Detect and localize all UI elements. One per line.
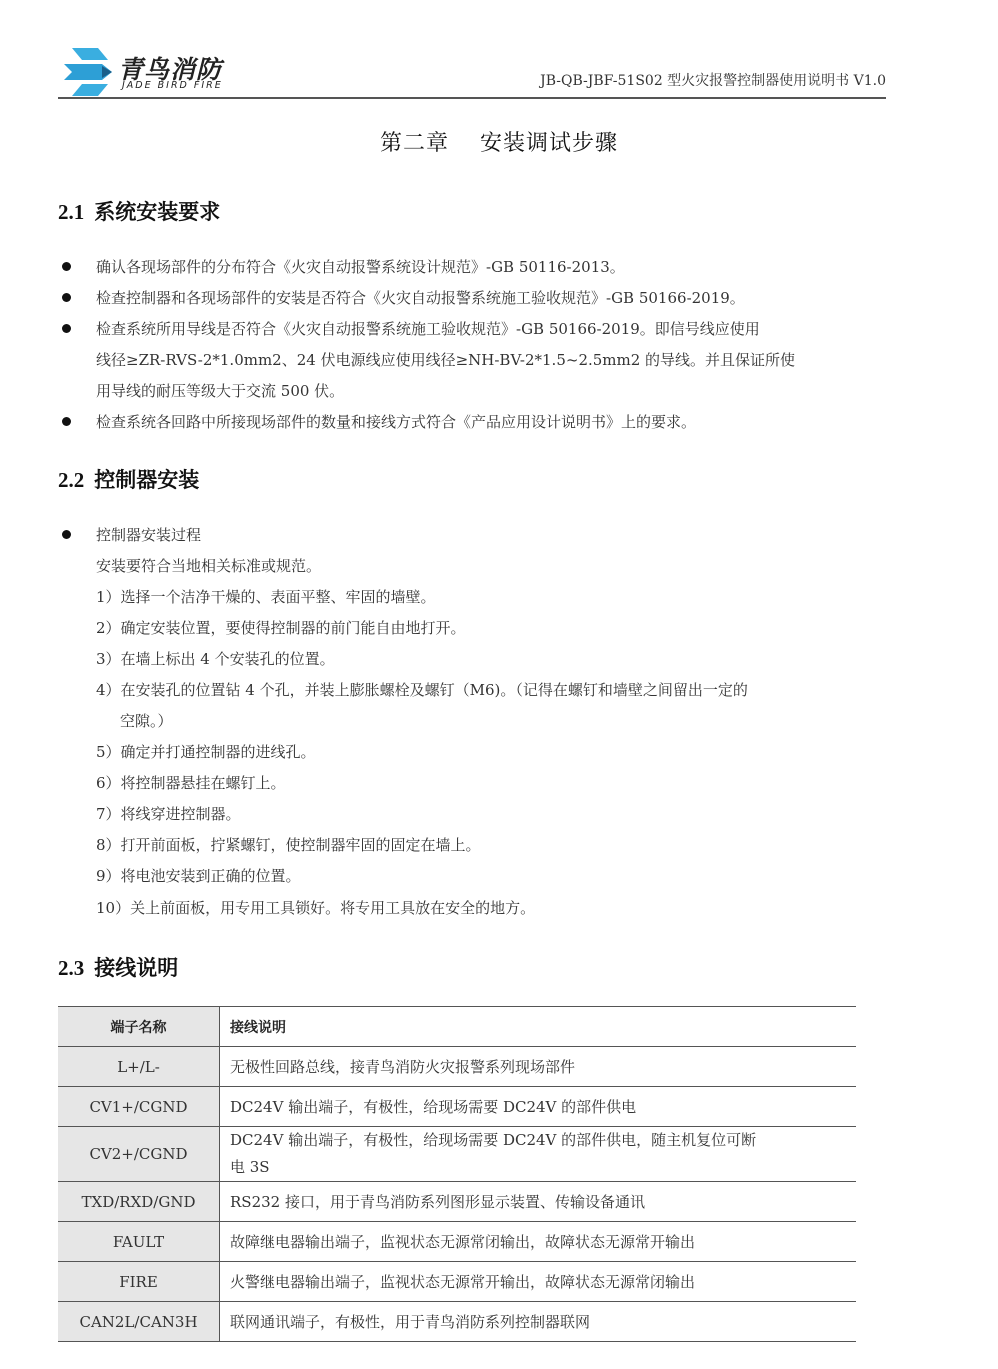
terminal-description: DC24V 输出端子，有极性，给现场需要 DC24V 的部件供电，随主机复位可断… [220,1127,857,1182]
install-step: 3）在墙上标出 4 个安装孔的位置。 [96,648,335,669]
terminal-name: TXD/RXD/GND [58,1182,220,1222]
terminal-description: 联网通讯端子，有极性，用于青鸟消防系列控制器联网 [220,1302,857,1342]
section-heading-2-2: 2.2控制器安装 [58,464,199,494]
bullet-icon [62,324,71,333]
requirement-item-cont: 线径≥ZR-RVS-2*1.0mm2、24 伏电源线应使用线径≥NH-BV-2*… [96,349,795,370]
jade-bird-logo: 青鸟消防 JADE BIRD FIRE [58,46,258,98]
bullet-icon [62,417,71,426]
terminal-name: CV1+/CGND [58,1087,220,1127]
table-row: FIRE 火警继电器输出端子，监视状态无源常开输出，故障状态无源常闭输出 [58,1262,856,1302]
table-row: L+/L- 无极性回路总线，接青鸟消防火灾报警系列现场部件 [58,1047,856,1087]
terminal-description: 故障继电器输出端子，监视状态无源常闭输出，故障状态无源常开输出 [220,1222,857,1262]
install-step: 1）选择一个洁净干燥的、表面平整、牢固的墙壁。 [96,586,436,607]
terminal-name: CAN2L/CAN3H [58,1302,220,1342]
terminal-description: DC24V 输出端子，有极性，给现场需要 DC24V 的部件供电 [220,1087,857,1127]
install-process-label: 控制器安装过程 [96,524,201,545]
header-divider [58,97,886,99]
install-step: 9）将电池安装到正确的位置。 [96,865,301,886]
logo-english-text: JADE BIRD FIRE [122,80,223,91]
install-step: 10）关上前面板，用专用工具锁好。将专用工具放在安全的地方。 [96,897,535,918]
bullet-icon [62,293,71,302]
column-header-terminal: 端子名称 [58,1007,220,1047]
requirement-item: 检查系统所用导线是否符合《火灾自动报警系统施工验收规范》-GB 50166-20… [96,318,760,339]
install-step: 4）在安装孔的位置钻 4 个孔，并装上膨胀螺栓及螺钉（M6)。（记得在螺钉和墙壁… [96,679,748,700]
table-row: CV1+/CGND DC24V 输出端子，有极性，给现场需要 DC24V 的部件… [58,1087,856,1127]
install-step: 8）打开前面板，拧紧螺钉，使控制器牢固的固定在墙上。 [96,834,481,855]
install-step-cont: 空隙。） [120,710,173,731]
install-intro: 安装要符合当地相关标准或规范。 [96,555,321,576]
table-row: CV2+/CGND DC24V 输出端子，有极性，给现场需要 DC24V 的部件… [58,1127,856,1182]
terminal-name: L+/L- [58,1047,220,1087]
table-header-row: 端子名称 接线说明 [58,1007,856,1047]
wiring-table: 端子名称 接线说明 L+/L- 无极性回路总线，接青鸟消防火灾报警系列现场部件 … [58,1006,856,1342]
install-step: 7）将线穿进控制器。 [96,803,241,824]
bullet-icon [62,530,71,539]
table-row: CAN2L/CAN3H 联网通讯端子，有极性，用于青鸟消防系列控制器联网 [58,1302,856,1342]
section-heading-2-3: 2.3接线说明 [58,952,178,982]
description-line: 电 3S [230,1154,846,1181]
terminal-name: FAULT [58,1222,220,1262]
requirement-item-cont: 用导线的耐压等级大于交流 500 伏。 [96,380,344,401]
terminal-description: RS232 接口，用于青鸟消防系列图形显示装置、传输设备通讯 [220,1182,857,1222]
section-heading-2-1: 2.1系统安装要求 [58,196,220,226]
table-row: FAULT 故障继电器输出端子，监视状态无源常闭输出，故障状态无源常开输出 [58,1222,856,1262]
chapter-title: 第二章 安装调试步骤 [0,126,998,157]
logo-arrow-icon [58,46,118,96]
bullet-icon [62,262,71,271]
page-header: 青鸟消防 JADE BIRD FIRE JB-QB-JBF-51S02 型火灾报… [58,40,886,100]
requirement-item: 检查系统各回路中所接现场部件的数量和接线方式符合《产品应用设计说明书》上的要求。 [96,411,696,432]
install-step: 6）将控制器悬挂在螺钉上。 [96,772,286,793]
description-line: DC24V 输出端子，有极性，给现场需要 DC24V 的部件供电，随主机复位可断 [230,1127,846,1154]
install-step: 2）确定安装位置，要使得控制器的前门能自由地打开。 [96,617,466,638]
terminal-description: 火警继电器输出端子，监视状态无源常开输出，故障状态无源常闭输出 [220,1262,857,1302]
terminal-name: FIRE [58,1262,220,1302]
requirement-item: 确认各现场部件的分布符合《火灾自动报警系统设计规范》-GB 50116-2013… [96,256,625,277]
requirement-item: 检查控制器和各现场部件的安装是否符合《火灾自动报警系统施工验收规范》-GB 50… [96,287,745,308]
document-title: JB-QB-JBF-51S02 型火灾报警控制器使用说明书 V1.0 [540,70,886,90]
terminal-description: 无极性回路总线，接青鸟消防火灾报警系列现场部件 [220,1047,857,1087]
install-step: 5）确定并打通控制器的进线孔。 [96,741,316,762]
column-header-description: 接线说明 [220,1007,857,1047]
terminal-name: CV2+/CGND [58,1127,220,1182]
table-row: TXD/RXD/GND RS232 接口，用于青鸟消防系列图形显示装置、传输设备… [58,1182,856,1222]
